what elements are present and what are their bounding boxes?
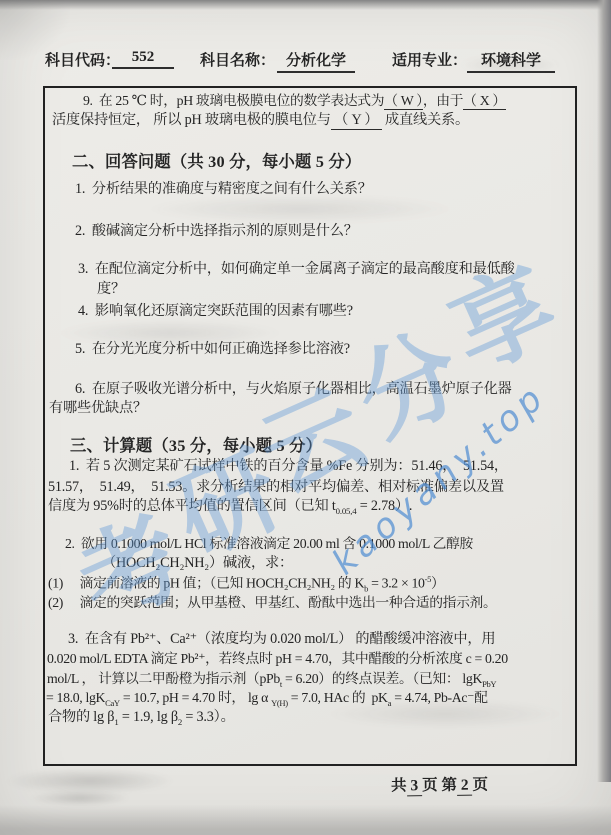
section2-question-6-line-1: 6. 在原子吸收光谱分析中，与火焰原子化器相比，高温石墨炉原子化器 xyxy=(75,380,512,398)
section-3-title: 三、计算题（35 分，每小题 5 分） xyxy=(70,435,322,456)
calc-1-line-3: 信度为 95%时的总体平均值的置信区间（已知 t0.05,4 = 2.78）. xyxy=(48,497,412,517)
calc-3-line-1: 3. 在含有 Pb²⁺、Ca²⁺（浓度均为 0.020 mol/L） 的醋酸缓冲… xyxy=(68,630,495,648)
subject-code-value: 552 xyxy=(112,49,174,69)
section2-question-5: 5. 在分光光度分析中如何正确选择参比溶液? xyxy=(75,340,350,358)
question-9-line-2: 活度保持恒定， 所以 pH 玻璃电极的膜电位与 （ Y ） 成直线关系。 xyxy=(52,111,469,129)
section2-question-4: 4. 影响氧化还原滴定突跃范围的因素有哪些? xyxy=(78,302,353,320)
calc-3-line-3: mol/L ， 计算以二甲酚橙为指示剂（pPbt = 6.20）的终点误差。（已… xyxy=(47,670,496,690)
section2-question-1: 1. 分析结果的准确度与精密度之间有什么关系？ xyxy=(75,180,372,198)
calc-3-line-2: 0.020 mol/L EDTA 滴定 Pb²⁺，若终点时 pH = 4.70，… xyxy=(47,650,508,668)
section-2-title: 二、回答问题（共 30 分，每小题 5 分） xyxy=(72,151,361,172)
subject-code-label: 科目代码： xyxy=(45,49,120,70)
calc-3-line-4: = 18.0, lgKCaY = 10.7, pH = 4.70 时， lg α… xyxy=(46,689,488,709)
scanned-exam-page: 科目代码： 552 科目名称： 分析化学 适用专业： 环境科学 9. 在 25 … xyxy=(0,0,611,835)
major-label: 适用专业： xyxy=(392,49,467,70)
scan-edge-bottom xyxy=(0,805,611,835)
subject-name-label: 科目名称： xyxy=(200,49,275,70)
section2-question-2: 2. 酸碱滴定分析中选择指示剂的原则是什么？ xyxy=(75,222,358,240)
calc-2-item-2: (2) 滴定的突跃范围；从甲基橙、甲基红、酚酞中选出一种合适的指示剂。 xyxy=(48,594,496,612)
question-9-line-1: 9. 在 25 ℃ 时，pH 玻璃电极膜电位的数学表达式为（ W ），由于（ X… xyxy=(83,92,506,110)
major-value: 环境科学 xyxy=(467,49,555,73)
calc-2-line-2: （HOCH₂CH₂NH₂）碱液，求： xyxy=(102,554,293,572)
questions-border-box: 9. 在 25 ℃ 时，pH 玻璃电极膜电位的数学表达式为（ W ），由于（ X… xyxy=(43,86,577,766)
footer-page-indicator: 共 3 页 第 2 页 xyxy=(391,772,488,795)
calc-3-line-5: 合物的 lg β1 = 1.9, lg β2 = 3.3）。 xyxy=(48,708,235,728)
scan-edge-top xyxy=(0,0,611,10)
section2-question-6-line-2: 有哪些优缺点？ xyxy=(49,399,147,417)
scan-edge-right xyxy=(597,0,611,782)
calc-2-line-1: 2. 欲用 0.1000 mol/L HCl 标准溶液滴定 20.00 ml 含… xyxy=(65,535,473,553)
ghost-footer-bleed xyxy=(5,768,175,794)
subject-name-value: 分析化学 xyxy=(277,49,355,73)
calc-2-item-1: (1) 滴定前溶液的 pH 值；（已知 HOCH₂CH₂NH₂ 的 Kb = 3… xyxy=(48,574,444,594)
calc-1-line-2: 51.57， 51.49， 51.53。求分析结果的相对平均偏差、相对标准偏差以… xyxy=(48,478,504,496)
section2-question-3-line-1: 3. 在配位滴定分析中，如何确定单一金属离子滴定的最高酸度和最低酸 xyxy=(78,260,515,278)
calc-1-line-1: 1. 若 5 次测定某矿石试样中铁的百分含量 %Fe 分别为：51.46， 51… xyxy=(69,457,508,475)
ghost-footer-bleed xyxy=(30,790,130,806)
section2-question-3-line-2: 度？ xyxy=(97,280,125,298)
